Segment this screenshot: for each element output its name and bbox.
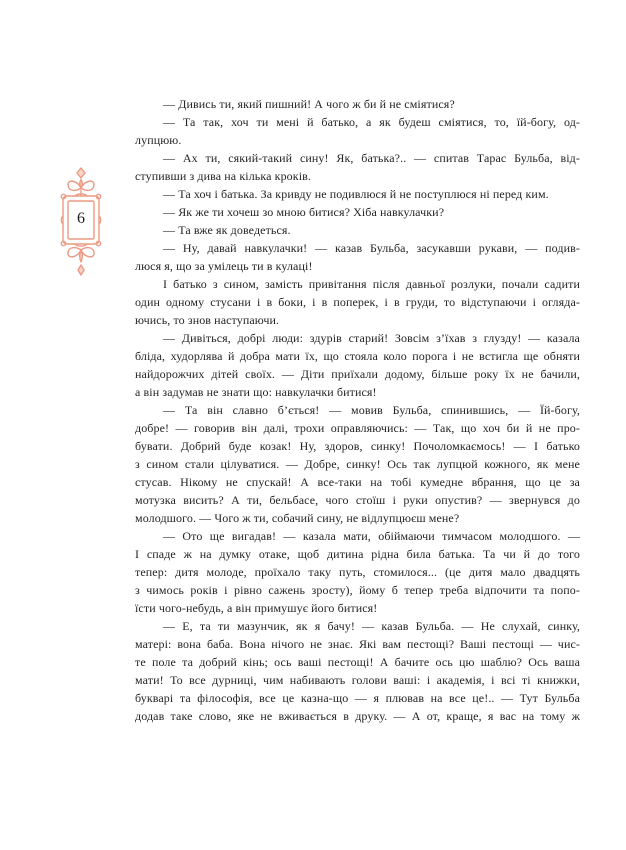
- text-line: додав таке слово, яке не вживається в др…: [135, 707, 580, 725]
- text-line: матері: вона баба. Вона нічого не знає. …: [135, 635, 580, 653]
- text-line: з чимось років і рівно сажень зросту), й…: [135, 581, 580, 599]
- text-line: їсти чого-небудь, а він примушує його би…: [135, 599, 580, 617]
- text-line: І спаде ж на думку отаке, щоб дитина рід…: [135, 545, 580, 563]
- text-line: — Дивись ти, який пишний! А чого ж би й …: [135, 95, 580, 113]
- text-line: один одному стусани і в боки, і в попере…: [135, 293, 580, 311]
- ornament-bottom-finial: [78, 265, 84, 275]
- text-line: добре! — говорив він далі, трохи оправля…: [135, 419, 580, 437]
- text-line: — Е, та ти мазунчик, як я бачу! — казав …: [135, 617, 580, 635]
- text-line: — Та вже як доведеться.: [135, 221, 580, 239]
- text-line: те поле та добрий кінь; ось ваші пестощі…: [135, 653, 580, 671]
- text-line: тепер: дитя молоде, проїхало таку путь, …: [135, 563, 580, 581]
- text-line: молодшого. — Чого ж ти, собачий сину, не…: [135, 509, 580, 527]
- text-line: ючись, то знов наступаючи.: [135, 311, 580, 329]
- text-line: — Ну, давай навкулачки! — казав Бульба, …: [135, 239, 580, 257]
- text-line: — Як же ти хочеш зо мною битися? Хіба на…: [135, 203, 580, 221]
- text-line: бувати. Добрий буде козак! Ну, здоров, с…: [135, 437, 580, 455]
- text-line: — Та хоч і батька. За кривду не подивлюс…: [135, 185, 580, 203]
- text-line: стусав. Нікому не спускай! А все-таки на…: [135, 473, 580, 491]
- text-line: — Та він славно б’ється! — мовив Бульба,…: [135, 401, 580, 419]
- text-line: мати! То все дурниці, чим набивають голо…: [135, 671, 580, 689]
- text-line: лупцюю.: [135, 131, 580, 149]
- text-line: — Ах ти, сякий-такий сину! Як, батька?..…: [135, 149, 580, 167]
- page-number: 6: [54, 208, 108, 230]
- text-line: бліда, худорлява й добра мати їх, що сто…: [135, 347, 580, 365]
- text-line: — Ото ще вигадав! — казала мати, обіймаю…: [135, 527, 580, 545]
- text-line: люся я, що за умілець ти в кулаці!: [135, 257, 580, 275]
- ornament-top-finial: [77, 168, 85, 178]
- ornament-top-flourish: [68, 181, 81, 190]
- text-line: ступивши з дива на кілька кроків.: [135, 167, 580, 185]
- text-line: а він задумав не знати що: навкулачки би…: [135, 383, 580, 401]
- text-line: з сином стали цілуватися. — Добре, синку…: [135, 455, 580, 473]
- text-line: мотузка висить? А ти, бельбасе, чого сто…: [135, 491, 580, 509]
- text-line: — Та так, хоч ти мені й батько, а як буд…: [135, 113, 580, 131]
- text-line: — Дивіться, добрі люди: здурів старий! З…: [135, 329, 580, 347]
- text-line: найдорожчих дітей своїх. — Діти приїхали…: [135, 365, 580, 383]
- page-text-block: — Дивись ти, який пишний! А чого ж би й …: [135, 95, 580, 725]
- book-page: 6 — Дивись ти, який пишний! А чого ж би …: [0, 0, 626, 850]
- text-line: букварі та філософія, все це казна-що — …: [135, 689, 580, 707]
- text-line: І батько з сином, замість привітання піс…: [135, 275, 580, 293]
